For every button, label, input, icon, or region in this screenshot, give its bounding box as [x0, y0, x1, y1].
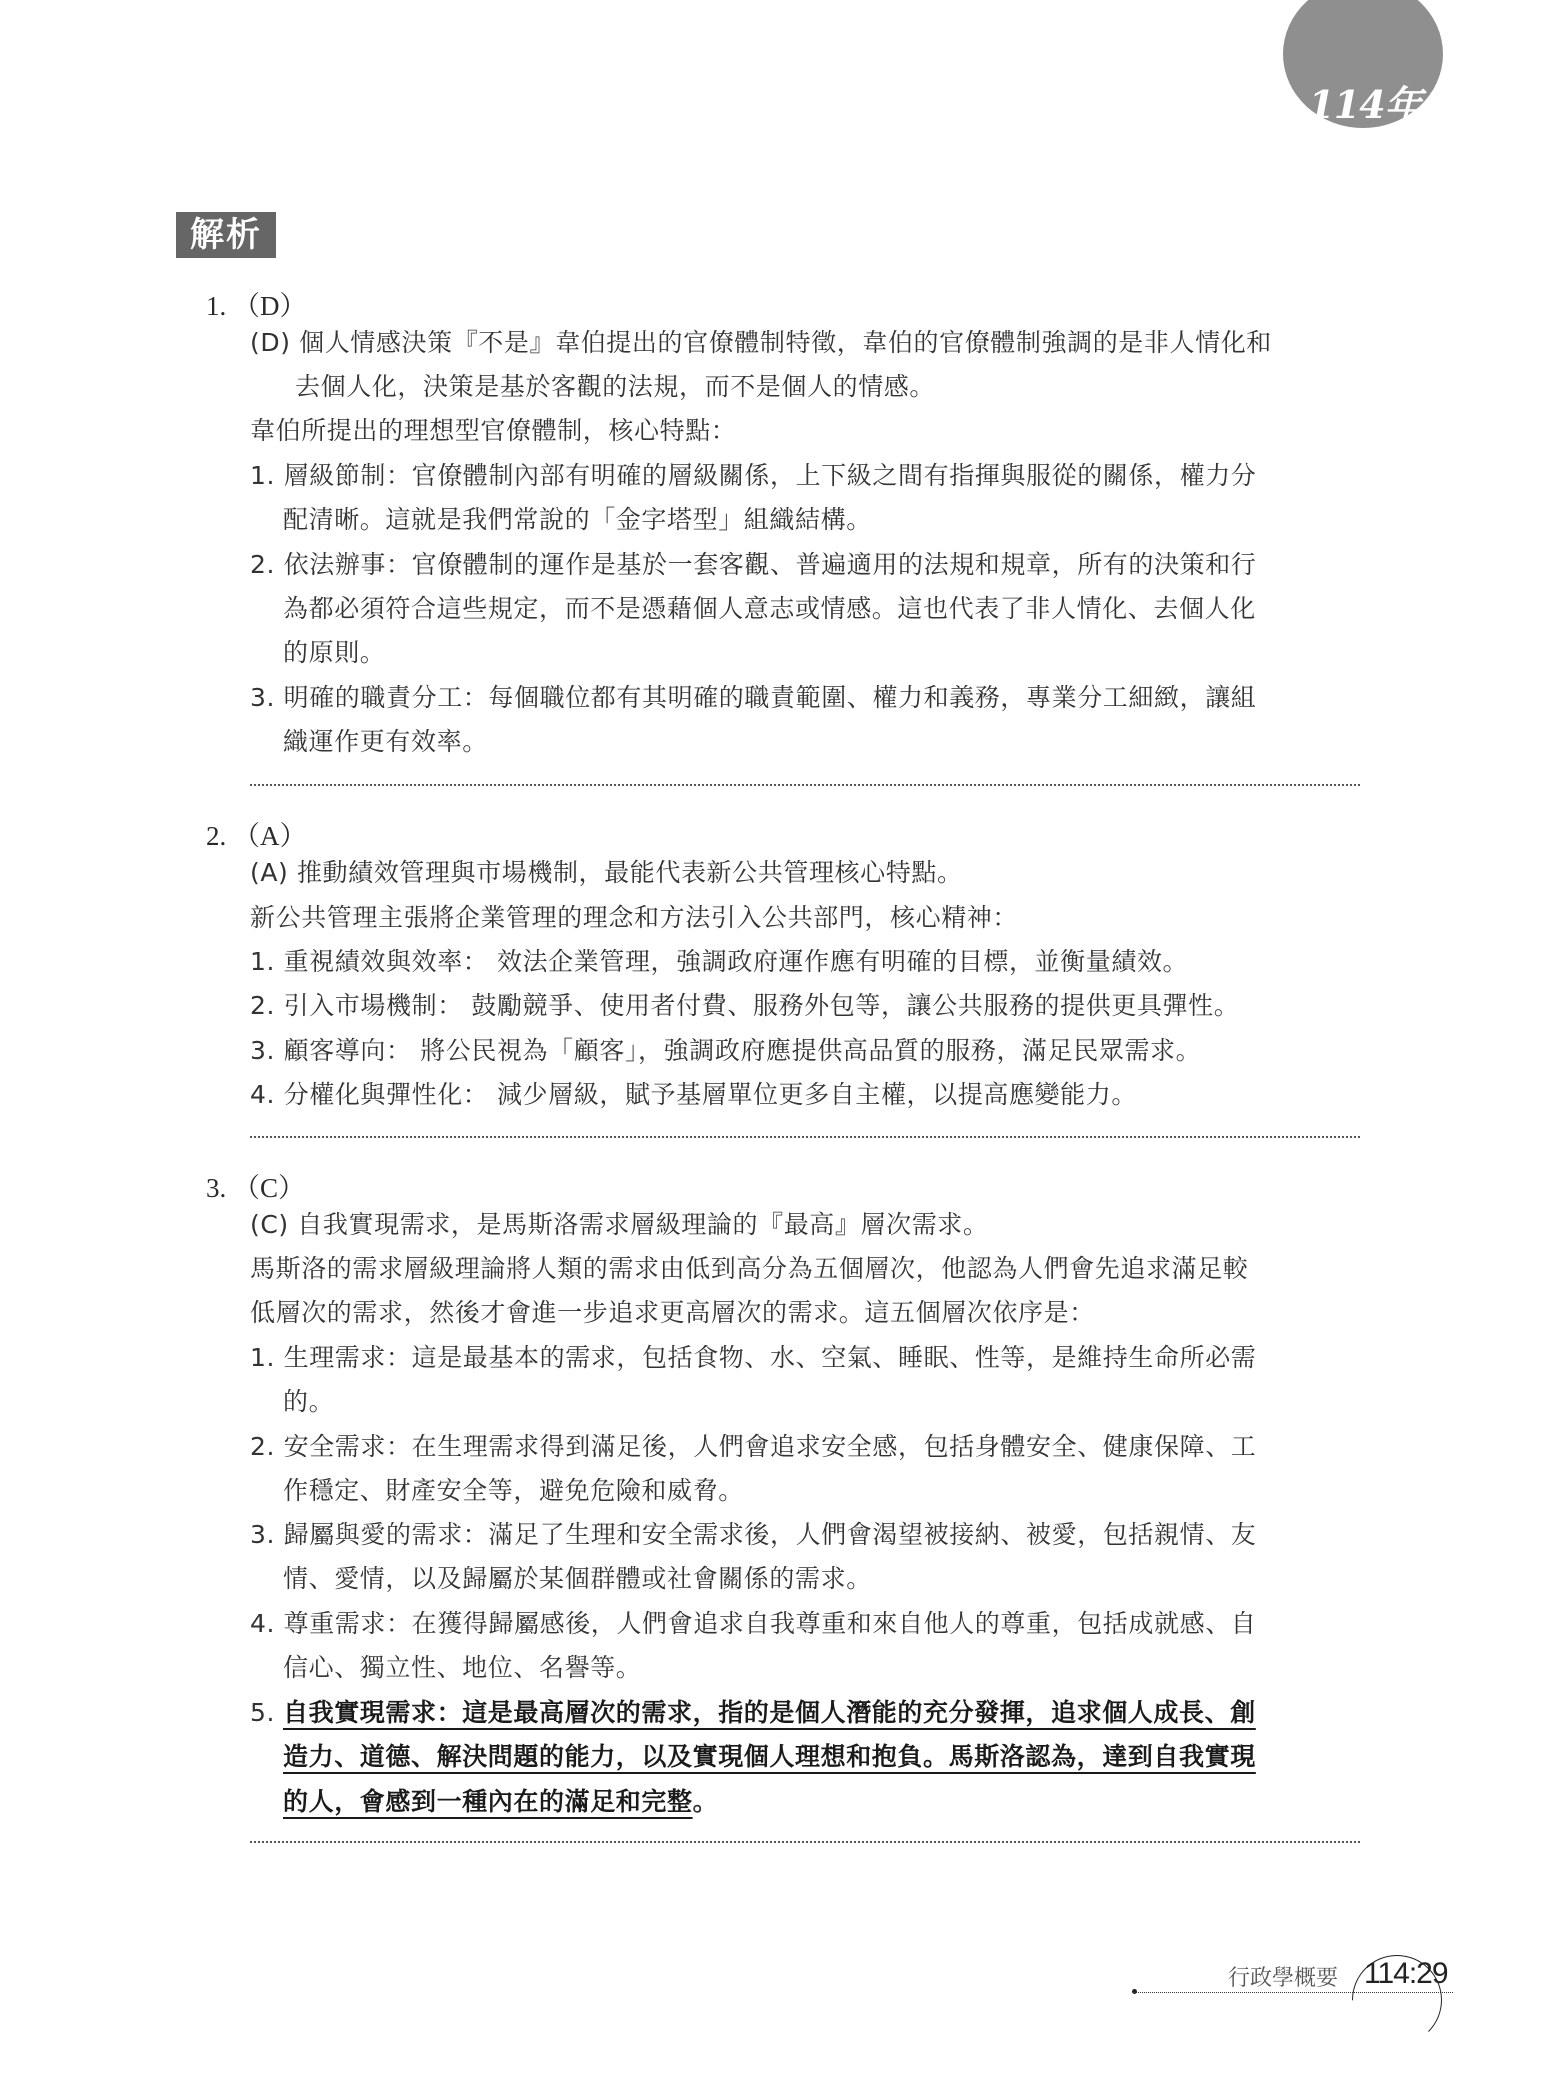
highlighted-text: 造力、道德、解決問題的能力，以及實現個人理想和抱負。馬斯洛認為，達到自我實現 [283, 1742, 1256, 1772]
page-number: 114:29 [1364, 1957, 1448, 1991]
answer-explanation-cont: 去個人化，決策是基於客觀的法規，而不是個人的情感。 [295, 372, 935, 402]
highlighted-text: 自我實現需求：這是最高層次的需求，指的是個人潛能的充分發揮，追求個人成長、創 [283, 1698, 1256, 1728]
answer-explanation: (A) 推動績效管理與市場機制，最能代表新公共管理核心特點。 [250, 858, 963, 888]
question-number: 1. （D） [206, 284, 307, 323]
list-item-cont: 信心、獨立性、地位、名譽等。 [283, 1653, 641, 1683]
list-item-cont: 配清晰。這就是我們常說的「金字塔型」組織結構。 [283, 505, 872, 535]
answer-explanation: (D) 個人情感決策『不是』韋伯提出的官僚體制特徵，韋伯的官僚體制強調的是非人情… [250, 328, 1272, 358]
list-item: 2. 依法辦事：官僚體制的運作是基於一套客觀、普遍適用的法規和規章，所有的決策和… [250, 550, 1256, 580]
year-badge-text: 114年 [1305, 74, 1425, 129]
question-number: 3. （C） [206, 1166, 305, 1205]
list-item-cont: 織運作更有效率。 [283, 727, 488, 757]
list-item: 4. 分權化與彈性化： 減少層級，賦予基層單位更多自主權，以提高應變能力。 [250, 1080, 1137, 1110]
footer-subject: 行政學概要 [1228, 1961, 1338, 1992]
highlighted-text-end: 的人，會感到一種內在的滿足和完整。 [283, 1787, 718, 1817]
list-item: 1. 層級節制：官僚體制內部有明確的層級關係，上下級之間有指揮與服從的關係，權力… [250, 461, 1256, 491]
question-number: 2. （A） [206, 814, 307, 853]
dotted-divider [250, 1841, 1360, 1843]
intro-text-cont: 低層次的需求，然後才會進一步追求更高層次的需求。這五個層次依序是： [250, 1298, 1095, 1328]
list-item-number: 5. [250, 1698, 275, 1728]
list-item-cont: 情、愛情，以及歸屬於某個群體或社會關係的需求。 [283, 1564, 872, 1594]
intro-text: 新公共管理主張將企業管理的理念和方法引入公共部門，核心精神： [250, 903, 1018, 933]
list-item: 3. 顧客導向： 將公民視為「顧客」，強調政府應提供高品質的服務，滿足民眾需求。 [250, 1036, 1201, 1066]
list-item: 3. 歸屬與愛的需求：滿足了生理和安全需求後，人們會渴望被接納、被愛，包括親情、… [250, 1520, 1256, 1550]
list-item-cont: 為都必須符合這些規定，而不是憑藉個人意志或情感。這也代表了非人情化、去個人化 [283, 594, 1256, 624]
list-item-cont: 作穩定、財產安全等，避免危險和威脅。 [283, 1476, 744, 1506]
list-item: 1. 生理需求：這是最基本的需求，包括食物、水、空氣、睡眠、性等，是維持生命所必… [250, 1343, 1256, 1373]
list-item-cont: 的。 [283, 1387, 334, 1417]
list-item: 3. 明確的職責分工：每個職位都有其明確的職責範圍、權力和義務，專業分工細緻，讓… [250, 683, 1256, 713]
dotted-divider [250, 784, 1360, 786]
section-title: 解析 [176, 212, 276, 258]
dotted-divider [250, 1136, 1360, 1138]
intro-text: 馬斯洛的需求層級理論將人類的需求由低到高分為五個層次，他認為人們會先追求滿足較 [250, 1254, 1248, 1284]
intro-text: 韋伯所提出的理想型官僚體制，核心特點： [250, 416, 736, 446]
list-item: 1. 重視績效與效率： 效法企業管理，強調政府運作應有明確的目標，並衡量績效。 [250, 947, 1188, 977]
list-item-cont: 的原則。 [283, 638, 385, 668]
list-item: 2. 安全需求：在生理需求得到滿足後，人們會追求安全感，包括身體安全、健康保障、… [250, 1432, 1256, 1462]
list-item: 2. 引入市場機制： 鼓勵競爭、使用者付費、服務外包等，讓公共服務的提供更具彈性… [250, 991, 1239, 1021]
list-item: 4. 尊重需求：在獲得歸屬感後，人們會追求自我尊重和來自他人的尊重，包括成就感、… [250, 1609, 1256, 1639]
answer-explanation: (C) 自我實現需求，是馬斯洛需求層級理論的『最高』層次需求。 [250, 1210, 989, 1240]
